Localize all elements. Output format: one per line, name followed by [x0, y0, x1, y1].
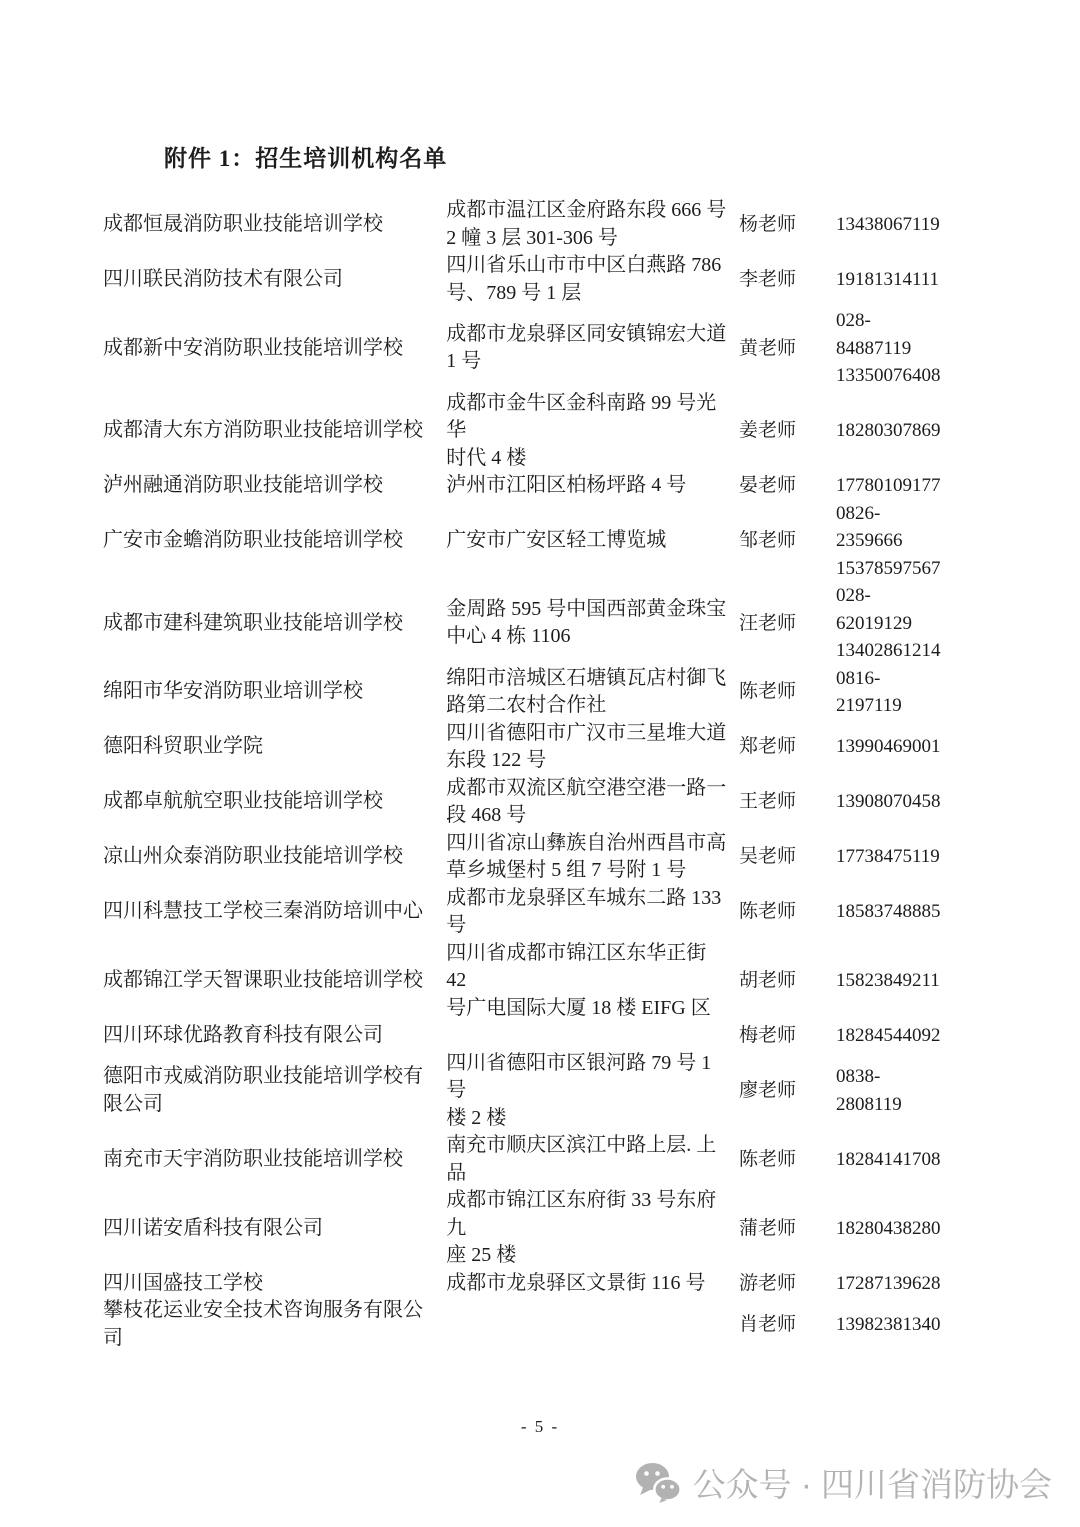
contact-person-cell: 梅老师 [739, 1022, 836, 1050]
table-row: 泸州融通消防职业技能培训学校 泸州市江阳区柏杨坪路 4 号 晏老师 177801… [103, 472, 943, 500]
institution-address-cell: 绵阳市涪城区石塘镇瓦店村御飞 路第二农村合作社 [446, 665, 739, 720]
table-row: 成都卓航航空职业技能培训学校 成都市双流区航空港空港一路一 段 468 号 王老… [103, 775, 943, 830]
institution-address-cell: 成都市温江区金府路东段 666 号 2 幢 3 层 301-306 号 [446, 197, 739, 252]
institution-name-cell: 广安市金蟾消防职业技能培训学校 [103, 500, 446, 583]
contact-phone-cell: 17738475119 [836, 830, 943, 885]
contact-phone-cell: 18280307869 [836, 390, 943, 473]
contact-phone-cell: 0826-2359666 15378597567 [836, 500, 943, 583]
institution-name-cell: 成都市建科建筑职业技能培训学校 [103, 582, 446, 665]
contact-phone-cell: 028-62019129 13402861214 [836, 582, 943, 665]
institution-address-cell: 成都市龙泉驿区同安镇锦宏大道 1 号 [446, 307, 739, 390]
institution-name-cell: 成都锦江学天智课职业技能培训学校 [103, 940, 446, 1023]
institution-address-cell: 四川省德阳市区银河路 79 号 1 号 楼 2 楼 [446, 1050, 739, 1133]
institution-address-cell [446, 1022, 739, 1050]
institution-name-cell: 德阳科贸职业学院 [103, 720, 446, 775]
contact-phone-cell: 18583748885 [836, 885, 943, 940]
institution-address-cell: 成都市锦江区东府街 33 号东府九 座 25 楼 [446, 1187, 739, 1270]
contact-person-cell: 陈老师 [739, 1132, 836, 1187]
table-row: 广安市金蟾消防职业技能培训学校 广安市广安区轻工博览城 邹老师 0826-235… [103, 500, 943, 583]
contact-person-cell: 姜老师 [739, 390, 836, 473]
contact-phone-cell: 0816-2197119 [836, 665, 943, 720]
institution-address-cell: 金周路 595 号中国西部黄金珠宝 中心 4 栋 1106 [446, 582, 739, 665]
contact-person-cell: 邹老师 [739, 500, 836, 583]
attachment-title: 附件 1：招生培训机构名单 [164, 140, 447, 173]
page-number: - 5 - [0, 1417, 1080, 1437]
contact-person-cell: 杨老师 [739, 197, 836, 252]
contact-person-cell: 晏老师 [739, 472, 836, 500]
contact-person-cell: 肖老师 [739, 1297, 836, 1352]
contact-phone-cell: 18284141708 [836, 1132, 943, 1187]
contact-person-cell: 廖老师 [739, 1050, 836, 1133]
table-row: 成都新中安消防职业技能培训学校 成都市龙泉驿区同安镇锦宏大道 1 号 黄老师 0… [103, 307, 943, 390]
table-row: 成都恒晟消防职业技能培训学校 成都市温江区金府路东段 666 号 2 幢 3 层… [103, 197, 943, 252]
institution-address-cell: 四川省德阳市广汉市三星堆大道 东段 122 号 [446, 720, 739, 775]
contact-phone-cell: 028-84887119 13350076408 [836, 307, 943, 390]
table-row: 德阳科贸职业学院 四川省德阳市广汉市三星堆大道 东段 122 号 郑老师 139… [103, 720, 943, 775]
table-row: 凉山州众泰消防职业技能培训学校 四川省凉山彝族自治州西昌市高 草乡城堡村 5 组… [103, 830, 943, 885]
contact-phone-cell: 18284544092 [836, 1022, 943, 1050]
contact-phone-cell: 15823849211 [836, 940, 943, 1023]
contact-person-cell: 汪老师 [739, 582, 836, 665]
table-row: 成都清大东方消防职业技能培训学校 成都市金牛区金科南路 99 号光华 时代 4 … [103, 390, 943, 473]
contact-phone-cell: 13908070458 [836, 775, 943, 830]
contact-phone-cell: 18280438280 [836, 1187, 943, 1270]
table-row: 四川环球优路教育科技有限公司 梅老师 18284544092 [103, 1022, 943, 1050]
institution-table: 成都恒晟消防职业技能培训学校 成都市温江区金府路东段 666 号 2 幢 3 层… [103, 197, 943, 1352]
institution-name-cell: 凉山州众泰消防职业技能培训学校 [103, 830, 446, 885]
institution-name-cell: 德阳市戎威消防职业技能培训学校有 限公司 [103, 1050, 446, 1133]
watermark-text: 公众号 · 四川省消防协会 [693, 1459, 1052, 1506]
institution-address-cell: 成都市龙泉驿区车城东二路 133 号 [446, 885, 739, 940]
contact-person-cell: 李老师 [739, 252, 836, 307]
institution-name-cell: 南充市天宇消防职业技能培训学校 [103, 1132, 446, 1187]
contact-person-cell: 黄老师 [739, 307, 836, 390]
contact-person-cell: 郑老师 [739, 720, 836, 775]
contact-person-cell: 蒲老师 [739, 1187, 836, 1270]
institution-address-cell [446, 1297, 739, 1352]
institution-address-cell: 广安市广安区轻工博览城 [446, 500, 739, 583]
contact-person-cell: 王老师 [739, 775, 836, 830]
institution-address-cell: 南充市顺庆区滨江中路上层. 上 品 [446, 1132, 739, 1187]
institution-address-cell: 四川省凉山彝族自治州西昌市高 草乡城堡村 5 组 7 号附 1 号 [446, 830, 739, 885]
institution-name-cell: 绵阳市华安消防职业培训学校 [103, 665, 446, 720]
contact-phone-cell: 17287139628 [836, 1270, 943, 1298]
contact-person-cell: 胡老师 [739, 940, 836, 1023]
table-row: 四川国盛技工学校 成都市龙泉驿区文景街 116 号 游老师 1728713962… [103, 1270, 943, 1298]
table-row: 四川科慧技工学校三秦消防培训中心 成都市龙泉驿区车城东二路 133 号 陈老师 … [103, 885, 943, 940]
wechat-icon [635, 1462, 681, 1503]
institution-address-cell: 四川省乐山市市中区白燕路 786 号、789 号 1 层 [446, 252, 739, 307]
institution-name-cell: 四川科慧技工学校三秦消防培训中心 [103, 885, 446, 940]
institution-name-cell: 泸州融通消防职业技能培训学校 [103, 472, 446, 500]
contact-phone-cell: 13438067119 [836, 197, 943, 252]
contact-phone-cell: 13982381340 [836, 1297, 943, 1352]
contact-phone-cell: 13990469001 [836, 720, 943, 775]
table-row: 成都市建科建筑职业技能培训学校 金周路 595 号中国西部黄金珠宝 中心 4 栋… [103, 582, 943, 665]
contact-person-cell: 吴老师 [739, 830, 836, 885]
table-row: 成都锦江学天智课职业技能培训学校 四川省成都市锦江区东华正街 42 号广电国际大… [103, 940, 943, 1023]
institution-address-cell: 成都市双流区航空港空港一路一 段 468 号 [446, 775, 739, 830]
contact-person-cell: 游老师 [739, 1270, 836, 1298]
table-row: 攀枝花运业安全技术咨询服务有限公 司 肖老师 13982381340 [103, 1297, 943, 1352]
institution-address-cell: 四川省成都市锦江区东华正街 42 号广电国际大厦 18 楼 EIFG 区 [446, 940, 739, 1023]
institution-name-cell: 四川联民消防技术有限公司 [103, 252, 446, 307]
institution-name-cell: 成都恒晟消防职业技能培训学校 [103, 197, 446, 252]
institution-name-cell: 四川环球优路教育科技有限公司 [103, 1022, 446, 1050]
table-row: 南充市天宇消防职业技能培训学校 南充市顺庆区滨江中路上层. 上 品 陈老师 18… [103, 1132, 943, 1187]
contact-phone-cell: 0838-2808119 [836, 1050, 943, 1133]
table-row: 德阳市戎威消防职业技能培训学校有 限公司 四川省德阳市区银河路 79 号 1 号… [103, 1050, 943, 1133]
institution-name-cell: 攀枝花运业安全技术咨询服务有限公 司 [103, 1297, 446, 1352]
institution-address-cell: 泸州市江阳区柏杨坪路 4 号 [446, 472, 739, 500]
institution-name-cell: 成都卓航航空职业技能培训学校 [103, 775, 446, 830]
contact-phone-cell: 17780109177 [836, 472, 943, 500]
contact-person-cell: 陈老师 [739, 665, 836, 720]
contact-phone-cell: 19181314111 [836, 252, 943, 307]
table-row: 四川联民消防技术有限公司 四川省乐山市市中区白燕路 786 号、789 号 1 … [103, 252, 943, 307]
institution-name-cell: 四川诺安盾科技有限公司 [103, 1187, 446, 1270]
contact-person-cell: 陈老师 [739, 885, 836, 940]
institution-name-cell: 成都清大东方消防职业技能培训学校 [103, 390, 446, 473]
institution-name-cell: 成都新中安消防职业技能培训学校 [103, 307, 446, 390]
table-row: 四川诺安盾科技有限公司 成都市锦江区东府街 33 号东府九 座 25 楼 蒲老师… [103, 1187, 943, 1270]
institution-name-cell: 四川国盛技工学校 [103, 1270, 446, 1298]
institution-address-cell: 成都市金牛区金科南路 99 号光华 时代 4 楼 [446, 390, 739, 473]
institution-address-cell: 成都市龙泉驿区文景街 116 号 [446, 1270, 739, 1298]
watermark: 公众号 · 四川省消防协会 [635, 1459, 1052, 1506]
table-row: 绵阳市华安消防职业培训学校 绵阳市涪城区石塘镇瓦店村御飞 路第二农村合作社 陈老… [103, 665, 943, 720]
document-page: { "document": { "title": "附件 1：招生培训机构名单"… [0, 0, 1080, 1527]
